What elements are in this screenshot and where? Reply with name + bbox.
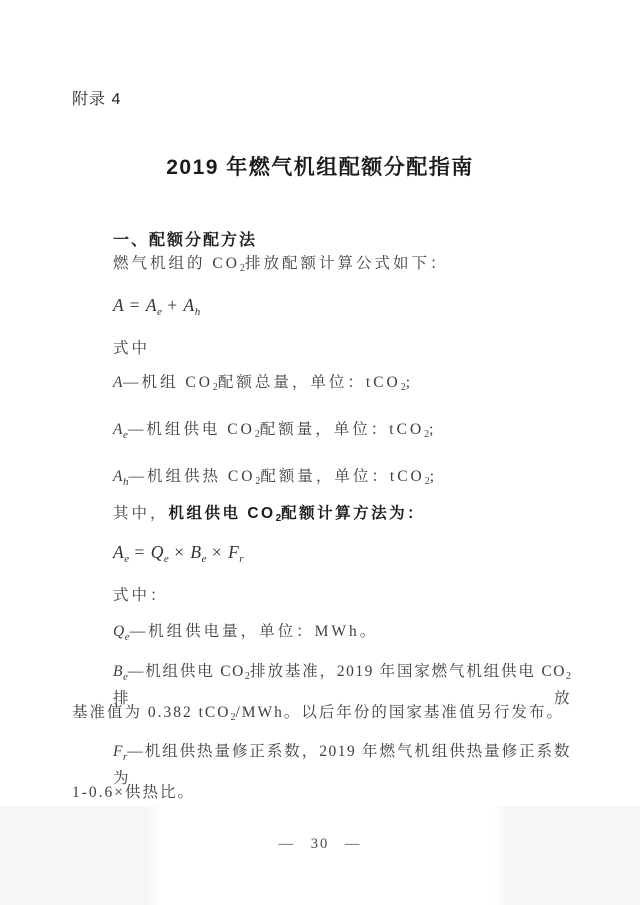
text-segment: Q — [113, 623, 125, 640]
text-segment: —机组供电 — [128, 421, 227, 438]
page-number: — 30 — — [0, 836, 640, 853]
text-segment: 配额量，单位：t — [260, 468, 397, 485]
text-segment: Q — [151, 542, 164, 562]
text-segment: —机组 — [123, 374, 185, 391]
text-segment: A — [184, 295, 195, 315]
text-segment: 其中， — [113, 505, 169, 522]
text-segment: F — [113, 743, 123, 760]
text-segment: CO — [247, 505, 275, 522]
text-segment: × — [169, 542, 191, 562]
text-segment: F — [228, 542, 239, 562]
method-intro-line: 其中，机组供电 CO2配额计算方法为： — [113, 503, 425, 530]
text-segment: ; — [406, 374, 413, 391]
text-segment: 配额量，单位：t — [260, 421, 397, 438]
text-segment: CO — [397, 421, 425, 438]
text-segment: B — [113, 663, 123, 680]
text-segment: CO — [541, 663, 566, 680]
text-segment: 燃气机组的 — [113, 255, 212, 272]
page-title: 2019 年燃气机组配额分配指南 — [0, 151, 640, 181]
text-segment: 式中： — [113, 587, 169, 604]
text-segment: —机组供电量，单位：MWh。 — [130, 623, 379, 640]
appendix-label: 附录 4 — [72, 86, 121, 109]
definition-Ae: Ae—机组供电 CO2配额量，单位：tCO2; — [113, 419, 436, 446]
text-segment: CO — [220, 663, 245, 680]
intro-line: 燃气机组的 CO2排放配额计算公式如下： — [113, 253, 448, 280]
text-segment: 式中 — [113, 340, 150, 357]
text-segment: A — [113, 542, 124, 562]
text-segment: 配额计算方法为： — [281, 505, 425, 522]
text-segment: A — [113, 421, 123, 438]
definition-Be-line2: 基准值为 0.382 tCO2/MWh。以后年份的国家基准值另行发布。 — [72, 702, 564, 729]
text-segment: 1-0.6×供热比。 — [72, 784, 195, 801]
text-segment: h — [195, 306, 201, 318]
where-label-2: 式中： — [113, 585, 169, 607]
text-segment: 排放基准，2019 年国家燃气机组供电 — [250, 663, 542, 680]
text-segment: 机组供电 — [169, 505, 248, 522]
text-segment: —机组供电 — [128, 663, 220, 680]
text-segment: —机组供热量修正系数，2019 年燃气机组供热量修正系数为 — [113, 743, 571, 787]
text-segment: A — [113, 374, 123, 391]
formula-total-allowance: A = Ae + Ah — [113, 294, 200, 323]
text-segment: + — [162, 295, 184, 315]
text-segment: A — [113, 295, 124, 315]
text-segment: CO — [397, 468, 425, 485]
text-segment: CO — [227, 421, 255, 438]
scan-shading — [0, 806, 640, 905]
text-segment: CO — [373, 374, 401, 391]
definition-Fr-line2: 1-0.6×供热比。 — [72, 782, 195, 804]
text-segment: = — [124, 295, 146, 315]
text-segment: A — [146, 295, 157, 315]
text-segment: 2 — [566, 671, 571, 682]
text-segment: CO — [228, 468, 256, 485]
text-segment: ; — [430, 468, 437, 485]
text-segment: 配额总量，单位：t — [218, 374, 373, 391]
document-page: 附录 4 2019 年燃气机组配额分配指南 一、配额分配方法 燃气机组的 CO2… — [0, 0, 640, 905]
section-heading: 一、配额分配方法 — [113, 227, 257, 250]
text-segment: × — [206, 542, 228, 562]
text-segment: 基准值为 0.382 tCO — [72, 704, 230, 721]
definition-Ah: Ah—机组供热 CO2配额量，单位：tCO2; — [113, 466, 437, 493]
text-segment: A — [113, 468, 123, 485]
text-segment: = — [129, 542, 151, 562]
where-label: 式中 — [113, 338, 150, 360]
text-segment: CO — [185, 374, 213, 391]
text-segment: CO — [212, 255, 240, 272]
formula-electricity-allowance: Ae = Qe × Be × Fr — [113, 541, 244, 570]
text-segment: —机组供热 — [128, 468, 227, 485]
definition-Qe: Qe—机组供电量，单位：MWh。 — [113, 621, 378, 648]
text-segment: r — [239, 553, 243, 565]
text-segment: ; — [429, 421, 436, 438]
text-segment: B — [190, 542, 201, 562]
text-segment: 排放配额计算公式如下： — [245, 255, 449, 272]
text-segment: /MWh。以后年份的国家基准值另行发布。 — [235, 704, 563, 721]
definition-A: A—机组 CO2配额总量，单位：tCO2; — [113, 372, 413, 399]
